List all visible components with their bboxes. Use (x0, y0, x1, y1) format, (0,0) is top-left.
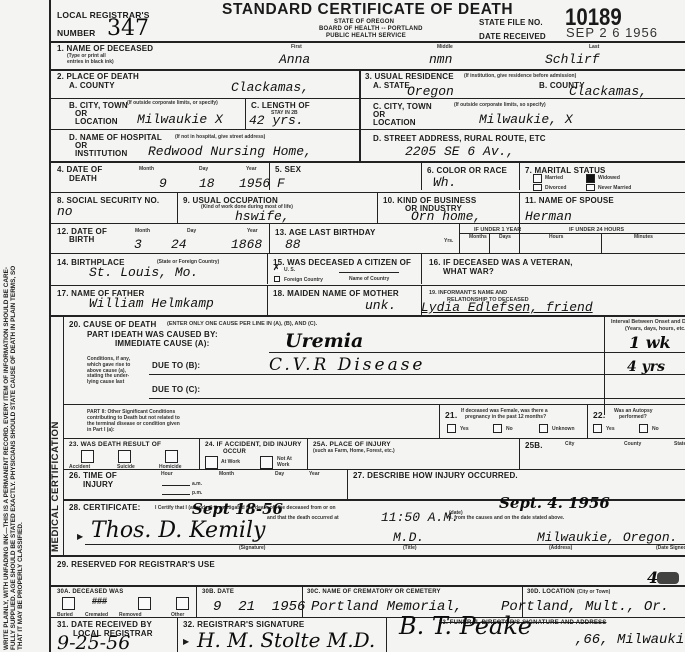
funeral-director-address: ,66, Milwaukie, Or. (575, 632, 685, 648)
rule (269, 223, 270, 253)
rule (267, 285, 268, 315)
rule (162, 485, 190, 486)
state-file-label: STATE FILE NO. (479, 18, 543, 27)
injury-location-label: 25B. (525, 441, 543, 450)
rule (49, 315, 685, 317)
last-name-value: Schlirf (545, 52, 600, 67)
widowed-checkbox[interactable] (586, 174, 595, 183)
rule (347, 469, 348, 499)
birth-year-value: 1868 (231, 237, 262, 252)
month-label: Month (139, 166, 154, 172)
public-health-label: PUBLIC HEALTH SERVICE (326, 33, 406, 39)
immediate-cause-label: IMMEDIATE CAUSE (A): (115, 339, 210, 348)
hospital-value: Redwood Nursing Home, (148, 144, 312, 159)
residence-state-value: Oregon (407, 84, 454, 99)
rule (49, 585, 685, 587)
other-checkbox[interactable] (176, 597, 189, 610)
cause-of-death-label: 20. CAUSE OF DEATH (69, 320, 156, 329)
us-citizen-checkbox[interactable]: ✗ (274, 266, 281, 272)
unknown-label: Unknown (552, 426, 575, 432)
interval-a-value: 1 wk (629, 333, 671, 352)
rule (601, 233, 602, 253)
rule (269, 161, 270, 190)
autopsy-yes-checkbox[interactable] (593, 424, 602, 433)
pregnancy-question: pregnancy in the past 12 months? (465, 414, 546, 420)
buried-checkbox[interactable] (62, 597, 75, 610)
first-name-value: Anna (279, 52, 310, 67)
year-label: Year (247, 228, 258, 234)
married-checkbox[interactable] (533, 174, 542, 183)
location-label: LOCATION (373, 118, 416, 127)
autopsy-label-number: 22. (593, 410, 605, 420)
citizenship-label: 15. WAS DECEASED A CITIZEN OF (273, 258, 411, 267)
rule (587, 404, 588, 438)
rule (63, 404, 685, 405)
rule (63, 315, 64, 555)
age-label: 13. AGE LAST BIRTHDAY (275, 228, 376, 237)
registrar-number: 347 (107, 16, 149, 41)
spouse-value: Herman (525, 209, 572, 224)
date-signed-label: (Date Signed) (656, 545, 685, 551)
interval-note: (Years, days, hours, etc.) (625, 326, 685, 332)
length-of-stay-label: C. LENGTH OF (251, 101, 310, 110)
cause-b-value: C.V.R Disease (269, 355, 426, 375)
institution-label: INSTITUTION (75, 149, 127, 158)
time-of-injury-label: INJURY (83, 480, 113, 489)
ink-blot (657, 572, 679, 584)
hospital-note: (If not in hospital, give street address… (175, 134, 265, 140)
rule (196, 585, 197, 617)
rule (149, 374, 685, 375)
rule (421, 253, 422, 284)
document-title: STANDARD CERTIFICATE OF DEATH (222, 1, 513, 19)
age-value: 88 (285, 237, 301, 252)
residence-county-value: Clackamas, (569, 84, 647, 99)
month-label: Month (135, 228, 150, 234)
rule (519, 223, 520, 253)
rule (267, 253, 268, 284)
at-work-label: At Work (221, 459, 240, 465)
rule (519, 161, 520, 190)
death-month-value: 9 (159, 176, 167, 191)
informant-label: 19. INFORMANT'S NAME AND (429, 290, 507, 296)
rule (269, 352, 685, 353)
cremated-crossed-mark: ### (92, 596, 107, 606)
not-at-work-checkbox[interactable] (260, 456, 273, 469)
father-name-value: William Helmkamp (89, 296, 214, 311)
rule (49, 555, 685, 557)
rule (177, 192, 178, 223)
us-option-label: U. S. (284, 267, 295, 273)
physician-title-value: M.D. (393, 530, 424, 545)
years-label: Yrs. (444, 238, 453, 244)
interval-b-value: 4 yrs (627, 359, 665, 375)
injury-city-label: City (565, 441, 574, 447)
rule (49, 285, 685, 286)
mother-maiden-name-label: 18. MAIDEN NAME OF MOTHER (273, 289, 399, 298)
conditions-note: Conditions, if any, which gave rise to a… (87, 357, 130, 386)
yes-label: Yes (460, 426, 469, 432)
street-address-value: 2205 SE 6 Av., (405, 144, 514, 159)
state-label: STATE OF OREGON (334, 19, 394, 25)
margin-instruction-line: THAT IT MAY BE PROPERLY CLASSIFIED. (17, 266, 24, 650)
rule (63, 438, 685, 439)
margin-title: MARGIN RESERVED FOR BINDING (3, 318, 13, 460)
date-received-local-label: 31. DATE RECEIVED BY (57, 620, 152, 629)
veteran-label: 16. IF DECEASED WAS A VETERAN, (429, 258, 573, 267)
death-result-label: 23. WAS DEATH RESULT OF (69, 441, 161, 448)
pregnancy-label-number: 21. (445, 410, 457, 420)
day-label: Day (199, 166, 208, 172)
foreign-country-checkbox[interactable] (274, 276, 280, 282)
middle-name-value: nmn (429, 52, 452, 67)
rule (49, 192, 685, 193)
street-address-label: D. STREET ADDRESS, RURAL ROUTE, ETC (373, 134, 546, 143)
cemetery-label: 30C. NAME OF CREMATORY OR CEMETERY (307, 589, 441, 595)
rule (49, 41, 685, 43)
date-of-death-label: 4. DATE OF (57, 165, 102, 174)
part-two-line: in Part I (a): (87, 427, 180, 433)
no-label: No (506, 426, 513, 432)
accident-checkbox[interactable] (81, 450, 94, 463)
birth-day-value: 24 (171, 237, 187, 252)
injury-occur-label: 24. IF ACCIDENT, DID INJURY (205, 441, 302, 448)
injury-occur-label: OCCUR (223, 449, 246, 455)
rule (386, 617, 387, 652)
yes-label: Yes (606, 426, 615, 432)
rule (307, 438, 308, 469)
residence-city-note: (If outside corporate limits, so specify… (454, 102, 546, 108)
rule (302, 585, 303, 617)
rule (421, 161, 422, 190)
minutes-label: Minutes (634, 234, 653, 240)
cause-of-death-note: (ENTER ONLY ONE CAUSE PER LINE IN (A), (… (167, 321, 317, 327)
married-option-label: Married (545, 175, 563, 181)
location-label: LOCATION (75, 117, 118, 126)
rule (359, 129, 685, 130)
certificate-text: m. from the causes and on the date state… (447, 515, 564, 521)
due-to-b-label: DUE TO (B): (152, 361, 200, 370)
place-of-injury-note: (such as Farm, Home, Forest, etc.) (313, 448, 395, 454)
hours-label: Hours (549, 234, 563, 240)
part-two-label: PART II: Other Significant Conditions co… (87, 409, 180, 433)
am-label: a.m. (192, 481, 202, 487)
burial-date-label: 30B. DATE (202, 589, 234, 595)
burial-location-label: 30D. LOCATION (527, 589, 575, 595)
first-name-label: First (291, 44, 302, 50)
pm-label: p.m. (192, 490, 202, 496)
physician-address-value: Milwaukie, Oregon. (537, 530, 677, 545)
registrar-use-label: 29. RESERVED FOR REGISTRAR'S USE (57, 560, 215, 569)
removed-checkbox[interactable] (138, 597, 151, 610)
rule (377, 192, 378, 223)
veteran-label: WHAT WAR? (443, 267, 494, 276)
part-one-caused-by-label: DEATH WAS CAUSED BY: (115, 330, 218, 339)
date-received-local-value: 9-25-56 (57, 632, 130, 652)
funeral-director-signature: B. T. Peake (399, 612, 532, 640)
no-label: No (652, 426, 659, 432)
rule (359, 69, 361, 161)
foreign-country-label: Foreign Country (284, 277, 323, 283)
usual-residence-note: (If institution, give residence before a… (464, 73, 576, 79)
rule (439, 404, 440, 438)
never-married-option-label: Never Married (598, 185, 631, 191)
physician-signature: Thos. D. Kemily (91, 518, 265, 543)
year-label: Year (309, 471, 320, 477)
binding-margin: WRITE PLAINLY, WITH UNFADING INK—THIS IS… (0, 0, 36, 652)
medical-certification-label: MEDICAL CERTIFICATION (50, 421, 61, 552)
rule (177, 617, 178, 652)
part-one-label: PART I: (87, 330, 117, 339)
month-label: Month (219, 471, 234, 477)
death-day-value: 18 (199, 176, 215, 191)
day-label: Day (187, 228, 196, 234)
interval-label: Interval Between Onset and Death (611, 319, 685, 325)
rule (519, 438, 520, 469)
suicide-checkbox[interactable] (118, 450, 131, 463)
rule (459, 223, 460, 253)
rule (245, 98, 246, 129)
date-of-birth-label: BIRTH (69, 235, 94, 244)
rule (49, 617, 685, 618)
never-married-checkbox[interactable] (586, 184, 595, 191)
rule (49, 223, 685, 224)
margin-title-text: MARGIN RESERVED FOR BINDING (0, 318, 1, 460)
widowed-option-label: Widowed (598, 175, 620, 181)
board-of-health-label: BOARD OF HEALTH -- PORTLAND (319, 26, 423, 32)
signature-arrow-icon: ▶ (183, 637, 189, 646)
rule (149, 398, 685, 399)
death-county-label: A. COUNTY (69, 81, 115, 90)
rule (49, 253, 685, 254)
residence-city-value: Milwaukie, X (479, 112, 573, 127)
race-label: 6. COLOR OR RACE (427, 166, 507, 175)
race-value: Wh. (433, 175, 456, 190)
conditions-note-line: lying cause last (87, 380, 130, 386)
sex-value: F (277, 176, 285, 191)
residence-state-label: A. STATE (373, 81, 410, 90)
country-name-label: Name of Country (349, 276, 389, 282)
registrar-number-label: NUMBER (57, 28, 96, 38)
mother-maiden-name-value: unk. (365, 298, 396, 313)
injury-description-label: 27. DESCRIBE HOW INJURY OCCURRED. (353, 471, 518, 480)
burial-location-note: (City or Town) (577, 589, 610, 595)
death-county-value: Clackamas, (231, 80, 309, 95)
place-of-death-label: 2. PLACE OF DEATH (57, 72, 139, 81)
immediate-cause-value: Uremia (285, 330, 363, 352)
at-work-checkbox[interactable] (205, 456, 218, 469)
months-label: Months (469, 234, 487, 240)
rule (359, 98, 685, 99)
spouse-label: 11. NAME OF SPOUSE (525, 196, 614, 205)
last-name-label: Last (589, 44, 599, 50)
pregnancy-unknown-checkbox[interactable] (539, 424, 548, 433)
birth-month-value: 3 (134, 237, 142, 252)
divorced-checkbox[interactable] (533, 184, 542, 191)
certificate-label: 28. CERTIFICATE: (69, 503, 141, 512)
rule (49, 69, 685, 71)
injury-state-label: State (674, 441, 685, 447)
death-year-value: 1956 (239, 176, 270, 191)
hour-label: Hour (161, 471, 173, 477)
year-label: Year (246, 166, 257, 172)
rule (162, 494, 190, 495)
title-label: (Title) (403, 545, 417, 551)
time-of-injury-label: 26. TIME OF (69, 471, 117, 480)
social-security-value: no (57, 204, 73, 219)
date-received-label: DATE RECEIVED (479, 32, 546, 41)
rule (339, 272, 399, 273)
pregnancy-no-checkbox[interactable] (493, 424, 502, 433)
rule (49, 98, 359, 99)
certificate-text: and that the death occurred at (267, 515, 339, 521)
death-city-note: (If outside corporate limits, or specify… (127, 100, 218, 106)
autopsy-question: performed? (619, 414, 647, 420)
rule (199, 438, 200, 469)
place-of-injury-label: 25A. PLACE OF INJURY (313, 441, 391, 448)
divorced-option-label: Divorced (545, 185, 566, 191)
homicide-checkbox[interactable] (165, 450, 178, 463)
day-label: Day (275, 471, 284, 477)
pregnancy-yes-checkbox[interactable] (447, 424, 456, 433)
signature-arrow-icon: ▶ (77, 532, 83, 541)
usual-residence-label: 3. USUAL RESIDENCE (365, 72, 454, 81)
rule (519, 192, 520, 223)
sex-label: 5. SEX (275, 165, 301, 174)
death-certificate-form: LOCAL REGISTRAR'S NUMBER 347 STANDARD CE… (49, 0, 685, 652)
rule (63, 469, 685, 470)
registrar-signature: H. M. Stolte M.D. (197, 628, 375, 652)
informant-value: Lydia Edlefsen, friend (421, 300, 593, 315)
business-value: Orn home, (411, 209, 481, 224)
autopsy-no-checkbox[interactable] (639, 424, 648, 433)
rule (49, 129, 359, 130)
date-received-stamp: SEP 2 6 1956 (566, 25, 658, 40)
death-city-value: Milwaukie X (137, 112, 223, 127)
address-label: (Address) (549, 545, 572, 551)
attended-to-date: Sept. 4. 1956 (499, 494, 610, 512)
burial-date-value: 9 21 1956 (213, 599, 305, 615)
days-label: Days (499, 234, 511, 240)
signature-label: (Signature) (239, 545, 265, 551)
rule (604, 315, 605, 415)
under-24-hours-label: IF UNDER 24 HOURS (569, 227, 624, 233)
rule (489, 233, 490, 253)
length-of-stay-value: 42 yrs. (249, 113, 304, 128)
name-instruction: entries in black ink) (67, 59, 114, 65)
injury-county-label: County (624, 441, 641, 447)
rule (49, 161, 685, 163)
not-at-work-label: Not At Work (277, 457, 299, 468)
due-to-c-label: DUE TO (C): (152, 385, 200, 394)
occupation-value: hswife, (235, 209, 290, 224)
date-of-death-label: DEATH (69, 174, 97, 183)
date-label: (date) (449, 510, 463, 516)
name-of-deceased-label: 1. NAME OF DECEASED (57, 44, 153, 53)
middle-name-label: Middle (437, 44, 453, 50)
deceased-was-label: 30A. DECEASED WAS (57, 589, 123, 595)
birthplace-value: St. Louis, Mo. (89, 265, 198, 280)
